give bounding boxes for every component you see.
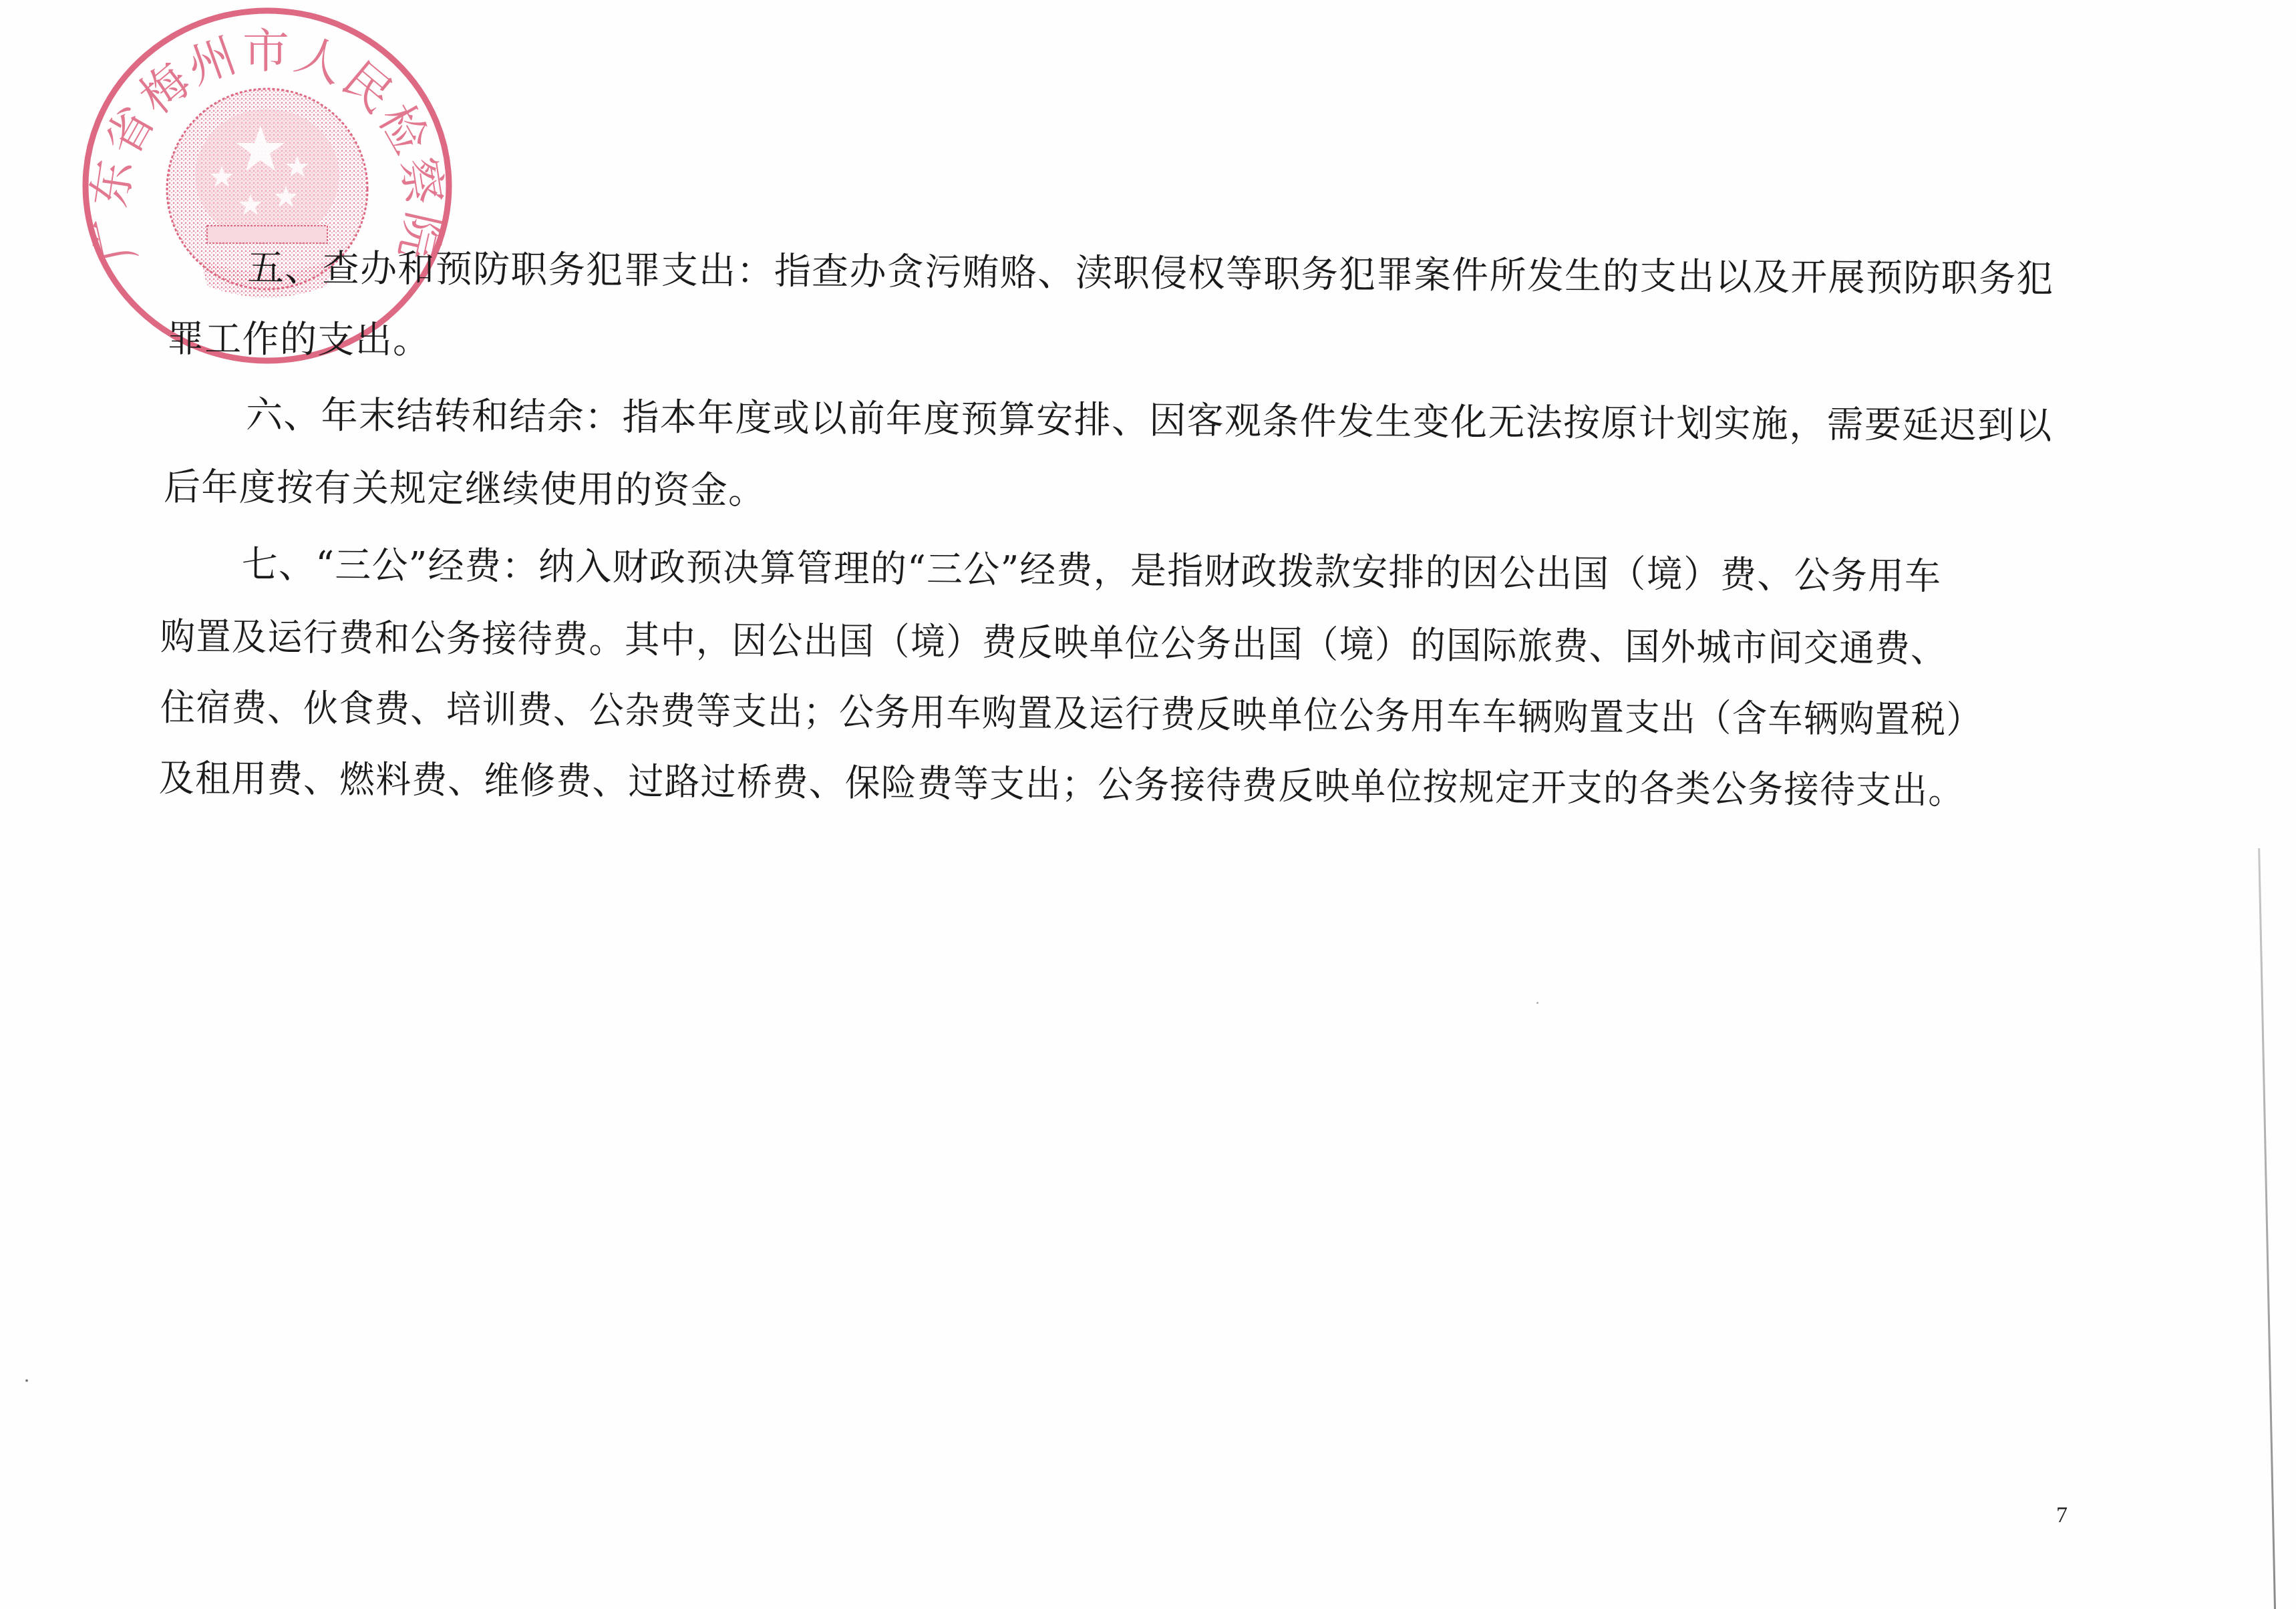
document-page: 广东省梅州市人民检察院 五、查办和预防职务犯罪支出：指查办贪污贿赂、渎职侵权等职… bbox=[0, 0, 2296, 1609]
document-body: 五、查办和预防职务犯罪支出：指查办贪污贿赂、渎职侵权等职务犯罪案件所发生的支出以… bbox=[0, 0, 2296, 1609]
paragraph-seven-line-4: 及租用费、燃料费、维修费、过路过桥费、保险费等支出；公务接待费反映单位按规定开支… bbox=[159, 759, 1965, 812]
paragraph-six-line-1: 六、年末结转和结余：指本年度或以前年度预算安排、因客观条件发生变化无法按原计划实… bbox=[246, 395, 2053, 447]
page-number: 7 bbox=[2056, 1503, 2068, 1528]
paragraph-five-line-2: 罪工作的支出。 bbox=[167, 319, 431, 361]
paragraph-seven-line-3: 住宿费、伙食费、培训费、公杂费等支出；公务用车购置及运行费反映单位公务用车车辆购… bbox=[160, 688, 1983, 741]
paragraph-seven-line-2: 购置及运行费和公务接待费。其中，因公出国（境）费反映单位公务出国（境）的国际旅费… bbox=[160, 617, 1947, 670]
paragraph-seven-line-1: 七、“三公”经费：纳入财政预决算管理的“三公”经费，是指财政拨款安排的因公出国（… bbox=[242, 545, 1942, 597]
paragraph-five-line-1: 五、查办和预防职务犯罪支出：指查办贪污贿赂、渎职侵权等职务犯罪案件所发生的支出以… bbox=[247, 248, 2054, 300]
paragraph-six-line-2: 后年度按有关规定继续使用的资金。 bbox=[164, 468, 766, 512]
